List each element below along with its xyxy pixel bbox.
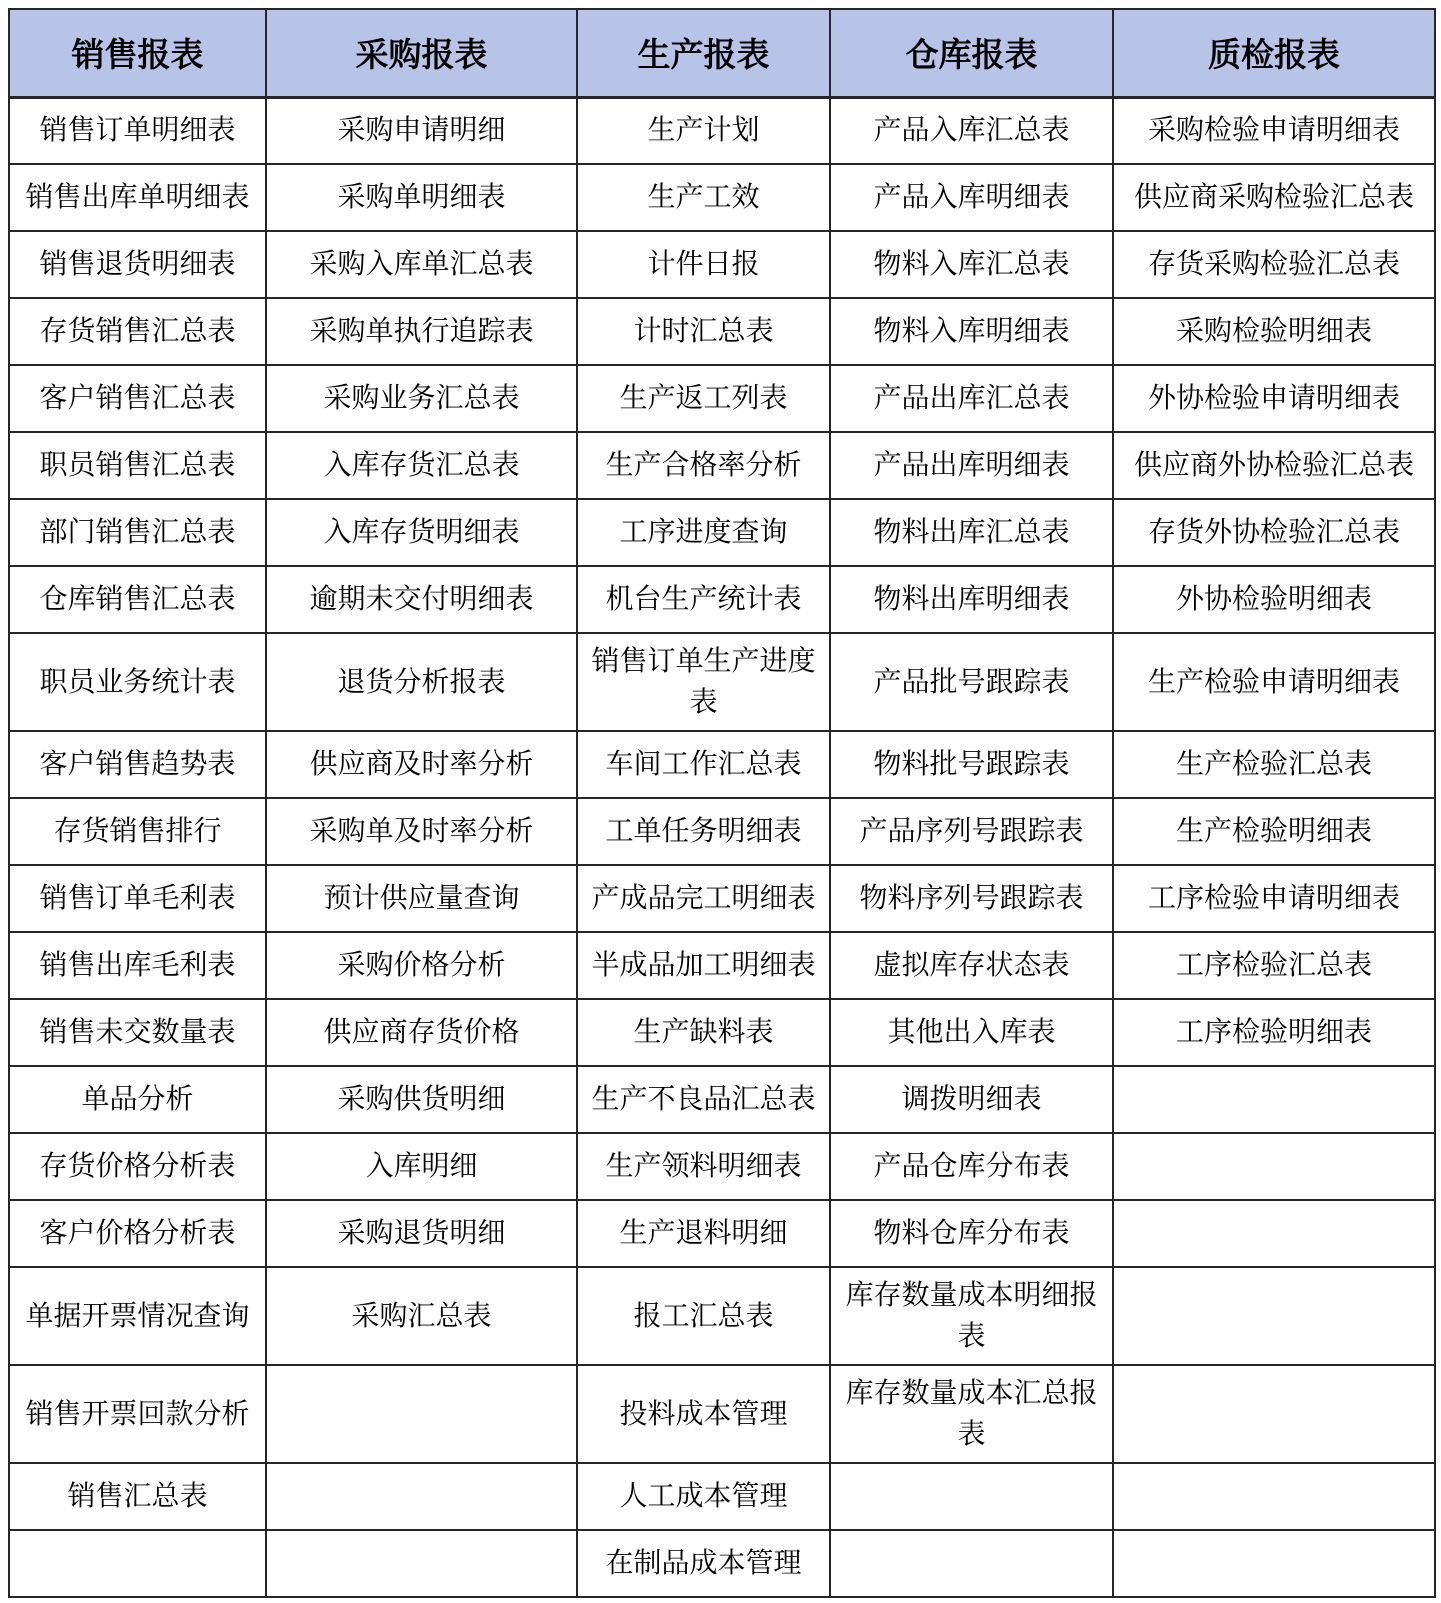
table-row: 单据开票情况查询采购汇总表报工汇总表库存数量成本明细报表	[9, 1267, 1435, 1365]
cell-warehouse-row-10: 物料批号跟踪表	[830, 731, 1113, 798]
cell-warehouse-row-15: 调拨明细表	[830, 1066, 1113, 1133]
cell-warehouse-row-17: 物料仓库分布表	[830, 1200, 1113, 1267]
cell-sales-row-4: 存货销售汇总表	[9, 298, 266, 365]
cell-sales-row-6: 职员销售汇总表	[9, 432, 266, 499]
cell-warehouse-row-1: 产品入库汇总表	[830, 97, 1113, 164]
cell-warehouse-row-14: 其他出入库表	[830, 999, 1113, 1066]
cell-qc-row-5: 外协检验申请明细表	[1113, 365, 1435, 432]
cell-qc-row-16	[1113, 1133, 1435, 1200]
table-row: 销售出库单明细表采购单明细表生产工效产品入库明细表供应商采购检验汇总表	[9, 164, 1435, 231]
cell-sales-row-19: 销售开票回款分析	[9, 1365, 266, 1463]
cell-warehouse-row-12: 物料序列号跟踪表	[830, 865, 1113, 932]
table-row: 存货销售汇总表采购单执行追踪表计时汇总表物料入库明细表采购检验明细表	[9, 298, 1435, 365]
table-row: 职员业务统计表退货分析报表销售订单生产进度表产品批号跟踪表生产检验申请明细表	[9, 633, 1435, 731]
cell-sales-row-18: 单据开票情况查询	[9, 1267, 266, 1365]
table-body: 销售订单明细表采购申请明细生产计划产品入库汇总表采购检验申请明细表销售出库单明细…	[9, 97, 1435, 1597]
cell-warehouse-row-6: 产品出库明细表	[830, 432, 1113, 499]
cell-production-row-6: 生产合格率分析	[577, 432, 830, 499]
cell-qc-row-6: 供应商外协检验汇总表	[1113, 432, 1435, 499]
cell-warehouse-row-7: 物料出库汇总表	[830, 499, 1113, 566]
cell-purchase-row-18: 采购汇总表	[266, 1267, 577, 1365]
cell-sales-row-15: 单品分析	[9, 1066, 266, 1133]
cell-qc-row-8: 外协检验明细表	[1113, 566, 1435, 633]
cell-purchase-row-9: 退货分析报表	[266, 633, 577, 731]
report-catalog-page: 销售报表 采购报表 生产报表 仓库报表 质检报表 销售订单明细表采购申请明细生产…	[0, 0, 1441, 1603]
cell-purchase-row-4: 采购单执行追踪表	[266, 298, 577, 365]
cell-warehouse-row-19: 库存数量成本汇总报表	[830, 1365, 1113, 1463]
cell-purchase-row-6: 入库存货汇总表	[266, 432, 577, 499]
cell-qc-row-4: 采购检验明细表	[1113, 298, 1435, 365]
cell-warehouse-row-11: 产品序列号跟踪表	[830, 798, 1113, 865]
cell-qc-row-9: 生产检验申请明细表	[1113, 633, 1435, 731]
cell-sales-row-5: 客户销售汇总表	[9, 365, 266, 432]
cell-purchase-row-11: 采购单及时率分析	[266, 798, 577, 865]
cell-purchase-row-17: 采购退货明细	[266, 1200, 577, 1267]
cell-production-row-7: 工序进度查询	[577, 499, 830, 566]
cell-sales-row-14: 销售未交数量表	[9, 999, 266, 1066]
cell-qc-row-13: 工序检验汇总表	[1113, 932, 1435, 999]
cell-warehouse-row-2: 产品入库明细表	[830, 164, 1113, 231]
table-row: 销售订单毛利表预计供应量查询产成品完工明细表物料序列号跟踪表工序检验申请明细表	[9, 865, 1435, 932]
cell-qc-row-2: 供应商采购检验汇总表	[1113, 164, 1435, 231]
cell-production-row-3: 计件日报	[577, 231, 830, 298]
cell-production-row-18: 报工汇总表	[577, 1267, 830, 1365]
table-row: 部门销售汇总表入库存货明细表工序进度查询物料出库汇总表存货外协检验汇总表	[9, 499, 1435, 566]
cell-warehouse-row-4: 物料入库明细表	[830, 298, 1113, 365]
cell-sales-row-7: 部门销售汇总表	[9, 499, 266, 566]
cell-qc-row-18	[1113, 1267, 1435, 1365]
cell-qc-row-14: 工序检验明细表	[1113, 999, 1435, 1066]
cell-production-row-5: 生产返工列表	[577, 365, 830, 432]
cell-qc-row-3: 存货采购检验汇总表	[1113, 231, 1435, 298]
cell-qc-row-21	[1113, 1530, 1435, 1597]
cell-production-row-10: 车间工作汇总表	[577, 731, 830, 798]
table-row: 客户销售趋势表供应商及时率分析车间工作汇总表物料批号跟踪表生产检验汇总表	[9, 731, 1435, 798]
report-catalog-table: 销售报表 采购报表 生产报表 仓库报表 质检报表 销售订单明细表采购申请明细生产…	[8, 8, 1436, 1598]
cell-purchase-row-12: 预计供应量查询	[266, 865, 577, 932]
cell-warehouse-row-8: 物料出库明细表	[830, 566, 1113, 633]
table-row: 销售未交数量表供应商存货价格生产缺料表其他出入库表工序检验明细表	[9, 999, 1435, 1066]
cell-sales-row-12: 销售订单毛利表	[9, 865, 266, 932]
table-row: 客户销售汇总表采购业务汇总表生产返工列表产品出库汇总表外协检验申请明细表	[9, 365, 1435, 432]
cell-qc-row-19	[1113, 1365, 1435, 1463]
table-row: 在制品成本管理	[9, 1530, 1435, 1597]
cell-warehouse-row-5: 产品出库汇总表	[830, 365, 1113, 432]
cell-purchase-row-8: 逾期未交付明细表	[266, 566, 577, 633]
cell-production-row-17: 生产退料明细	[577, 1200, 830, 1267]
cell-sales-row-21	[9, 1530, 266, 1597]
cell-purchase-row-1: 采购申请明细	[266, 97, 577, 164]
cell-production-row-12: 产成品完工明细表	[577, 865, 830, 932]
table-row: 职员销售汇总表入库存货汇总表生产合格率分析产品出库明细表供应商外协检验汇总表	[9, 432, 1435, 499]
table-row: 销售开票回款分析投料成本管理库存数量成本汇总报表	[9, 1365, 1435, 1463]
cell-purchase-row-15: 采购供货明细	[266, 1066, 577, 1133]
cell-warehouse-row-16: 产品仓库分布表	[830, 1133, 1113, 1200]
column-header-purchase: 采购报表	[266, 9, 577, 97]
cell-purchase-row-14: 供应商存货价格	[266, 999, 577, 1066]
cell-warehouse-row-20	[830, 1463, 1113, 1530]
cell-sales-row-16: 存货价格分析表	[9, 1133, 266, 1200]
column-header-warehouse: 仓库报表	[830, 9, 1113, 97]
cell-qc-row-11: 生产检验明细表	[1113, 798, 1435, 865]
cell-sales-row-17: 客户价格分析表	[9, 1200, 266, 1267]
cell-sales-row-2: 销售出库单明细表	[9, 164, 266, 231]
table-row: 销售退货明细表采购入库单汇总表计件日报物料入库汇总表存货采购检验汇总表	[9, 231, 1435, 298]
cell-sales-row-11: 存货销售排行	[9, 798, 266, 865]
column-header-qc: 质检报表	[1113, 9, 1435, 97]
table-row: 销售订单明细表采购申请明细生产计划产品入库汇总表采购检验申请明细表	[9, 97, 1435, 164]
cell-sales-row-10: 客户销售趋势表	[9, 731, 266, 798]
cell-qc-row-12: 工序检验申请明细表	[1113, 865, 1435, 932]
cell-sales-row-3: 销售退货明细表	[9, 231, 266, 298]
cell-purchase-row-7: 入库存货明细表	[266, 499, 577, 566]
cell-purchase-row-21	[266, 1530, 577, 1597]
cell-qc-row-7: 存货外协检验汇总表	[1113, 499, 1435, 566]
cell-production-row-11: 工单任务明细表	[577, 798, 830, 865]
cell-qc-row-17	[1113, 1200, 1435, 1267]
cell-warehouse-row-18: 库存数量成本明细报表	[830, 1267, 1113, 1365]
cell-purchase-row-13: 采购价格分析	[266, 932, 577, 999]
table-row: 客户价格分析表采购退货明细生产退料明细物料仓库分布表	[9, 1200, 1435, 1267]
cell-production-row-2: 生产工效	[577, 164, 830, 231]
cell-production-row-15: 生产不良品汇总表	[577, 1066, 830, 1133]
cell-production-row-1: 生产计划	[577, 97, 830, 164]
header-row: 销售报表 采购报表 生产报表 仓库报表 质检报表	[9, 9, 1435, 97]
cell-production-row-16: 生产领料明细表	[577, 1133, 830, 1200]
table-row: 单品分析采购供货明细生产不良品汇总表调拨明细表	[9, 1066, 1435, 1133]
cell-purchase-row-2: 采购单明细表	[266, 164, 577, 231]
cell-purchase-row-3: 采购入库单汇总表	[266, 231, 577, 298]
cell-production-row-14: 生产缺料表	[577, 999, 830, 1066]
table-row: 仓库销售汇总表逾期未交付明细表机台生产统计表物料出库明细表外协检验明细表	[9, 566, 1435, 633]
cell-qc-row-1: 采购检验申请明细表	[1113, 97, 1435, 164]
column-header-production: 生产报表	[577, 9, 830, 97]
table-row: 存货销售排行采购单及时率分析工单任务明细表产品序列号跟踪表生产检验明细表	[9, 798, 1435, 865]
cell-warehouse-row-3: 物料入库汇总表	[830, 231, 1113, 298]
cell-sales-row-20: 销售汇总表	[9, 1463, 266, 1530]
cell-purchase-row-10: 供应商及时率分析	[266, 731, 577, 798]
cell-sales-row-9: 职员业务统计表	[9, 633, 266, 731]
cell-purchase-row-20	[266, 1463, 577, 1530]
cell-qc-row-10: 生产检验汇总表	[1113, 731, 1435, 798]
cell-sales-row-13: 销售出库毛利表	[9, 932, 266, 999]
cell-production-row-20: 人工成本管理	[577, 1463, 830, 1530]
cell-production-row-8: 机台生产统计表	[577, 566, 830, 633]
table-row: 销售汇总表人工成本管理	[9, 1463, 1435, 1530]
cell-warehouse-row-13: 虚拟库存状态表	[830, 932, 1113, 999]
cell-production-row-4: 计时汇总表	[577, 298, 830, 365]
cell-warehouse-row-9: 产品批号跟踪表	[830, 633, 1113, 731]
cell-purchase-row-19	[266, 1365, 577, 1463]
cell-purchase-row-5: 采购业务汇总表	[266, 365, 577, 432]
cell-production-row-19: 投料成本管理	[577, 1365, 830, 1463]
cell-sales-row-8: 仓库销售汇总表	[9, 566, 266, 633]
table-row: 存货价格分析表入库明细生产领料明细表产品仓库分布表	[9, 1133, 1435, 1200]
column-header-sales: 销售报表	[9, 9, 266, 97]
cell-qc-row-20	[1113, 1463, 1435, 1530]
cell-sales-row-1: 销售订单明细表	[9, 97, 266, 164]
table-row: 销售出库毛利表采购价格分析半成品加工明细表虚拟库存状态表工序检验汇总表	[9, 932, 1435, 999]
cell-production-row-13: 半成品加工明细表	[577, 932, 830, 999]
cell-production-row-9: 销售订单生产进度表	[577, 633, 830, 731]
cell-qc-row-15	[1113, 1066, 1435, 1133]
cell-warehouse-row-21	[830, 1530, 1113, 1597]
cell-production-row-21: 在制品成本管理	[577, 1530, 830, 1597]
cell-purchase-row-16: 入库明细	[266, 1133, 577, 1200]
